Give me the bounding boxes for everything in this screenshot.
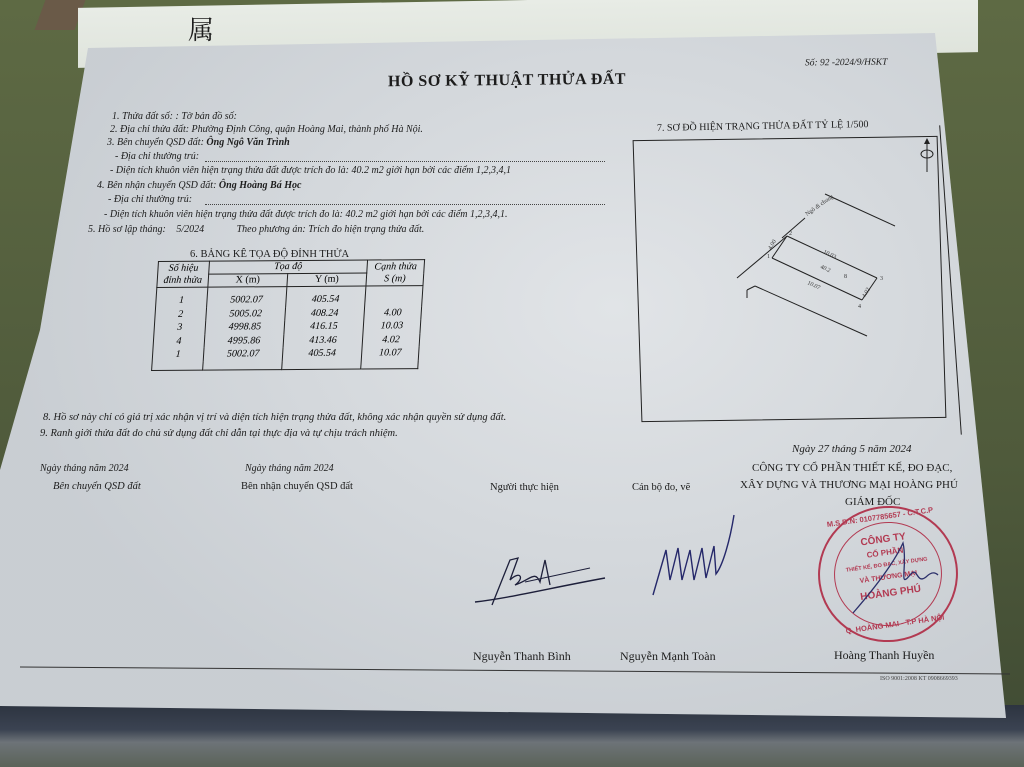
signature-performer [470, 540, 610, 610]
vertex-label: 2 [789, 231, 792, 237]
area-label: 40.2 [819, 264, 831, 274]
item-parcel-address: 2. Địa chỉ thửa đất: Phường Định Công, q… [110, 124, 423, 135]
coord-table: Số hiệu đỉnh thửa Tọa độ Cạnh thửa S (m)… [151, 259, 425, 370]
coord-table-title: 6. BẢNG KÊ TỌA ĐỘ ĐỈNH THỬA [190, 249, 349, 260]
cell-s: 10.03 [363, 319, 421, 333]
table-row-spacer [152, 360, 419, 370]
header-point: Số hiệu đỉnh thửa [157, 261, 210, 287]
table-row: 15002.07405.54 [156, 286, 423, 308]
cell-point: 2 [155, 307, 207, 321]
company-name-line1: CÔNG TY CỔ PHẦN THIẾT KẾ, ĐO ĐẠC, [752, 462, 952, 474]
survey-method: Theo phương án: Trích đo hiện trạng thửa… [237, 224, 425, 235]
dotted-fill [205, 161, 605, 162]
role-surveyor: Cán bộ đo, vẽ [632, 482, 690, 493]
header-edge: Cạnh thửa S (m) [366, 260, 425, 286]
cell-s: 10.07 [361, 346, 419, 360]
cell-s [365, 286, 423, 306]
name-surveyor: Nguyễn Mạnh Toàn [620, 649, 716, 664]
document-title: HỒ SƠ KỸ THUẬT THỬA ĐẤT [388, 71, 626, 91]
name-director: Hoàng Thanh Huyền [834, 648, 934, 663]
signature-surveyor [648, 510, 738, 600]
role-performer: Người thực hiện [490, 482, 559, 493]
transferee-label: 4. Bên nhận chuyển QSD đất: [97, 180, 216, 191]
cell-y: 405.54 [282, 347, 362, 361]
date-company: Ngày 27 tháng 5 năm 2024 [792, 443, 911, 455]
road-label: Ngõ đi chung [805, 194, 835, 218]
parcel-label: 8 [844, 274, 847, 280]
cell-point: 3 [154, 321, 206, 335]
record-date-label: 5. Hồ sơ lập tháng: [88, 224, 166, 235]
record-date-value: 5/2024 [176, 224, 204, 235]
note-8: 8. Hồ sơ này chỉ có giá trị xác nhận vị … [43, 412, 506, 423]
transferee-name: Ông Hoàng Bá Học [219, 180, 302, 191]
vertex-label: 4 [858, 304, 861, 310]
role-transferor: Bên chuyển QSD đất [53, 481, 141, 492]
footer-code: ISO 9001:2008 KT 0908669393 [880, 676, 958, 682]
transferor-name: Ông Ngô Văn Trình [206, 137, 289, 148]
cell-point: 1 [152, 348, 204, 362]
item-parcel-number: 1. Thửa đất số: : Tờ bản đồ số: [112, 111, 237, 122]
role-transferee: Bên nhận chuyển QSD đất [241, 481, 353, 492]
cell-point: 1 [156, 287, 208, 307]
header-coords: Tọa độ [209, 260, 368, 274]
cell-empty [203, 361, 283, 370]
document-number: Số: 92 -2024/9/HSKT [805, 58, 887, 69]
background-cloth-glyph: 属 [188, 10, 214, 47]
item-date-method: 5. Hồ sơ lập tháng: 5/2024 Theo phương á… [88, 224, 424, 235]
parcel-sketch: 2 1 3 4 4.00 10.03 4.02 10.07 40.2 8 Ngõ… [637, 138, 947, 428]
transferee-address-label: - Địa chỉ thường trú: [108, 194, 192, 205]
cell-x: 5002.07 [203, 347, 283, 361]
vertex-label: 3 [880, 276, 883, 282]
edge-label: 10.03 [822, 249, 837, 260]
header-x: X (m) [208, 274, 288, 288]
vertex-label: 1 [767, 254, 770, 260]
note-9: 9. Ranh giới thửa đất do chủ sử dụng đất… [40, 428, 398, 439]
cell-s: 4.02 [362, 333, 420, 347]
cell-y: 413.46 [283, 333, 363, 347]
header-y: Y (m) [287, 273, 367, 287]
cell-empty [152, 361, 204, 370]
date-transferor: Ngày tháng năm 2024 [40, 463, 129, 474]
transferee-area: - Diện tích khuôn viên hiện trạng thửa đ… [104, 209, 508, 220]
dotted-fill [205, 204, 605, 205]
cell-s: 4.00 [364, 306, 422, 320]
cell-y: 405.54 [286, 286, 366, 307]
company-name-line2: XÂY DỰNG VÀ THƯƠNG MẠI HOÀNG PHÚ [740, 479, 958, 491]
cell-y: 408.24 [285, 306, 365, 320]
cell-x: 4995.86 [204, 334, 284, 348]
north-arrow-icon [921, 138, 933, 172]
cell-point: 4 [153, 334, 205, 348]
cell-x: 5005.02 [206, 307, 286, 321]
edge-label: 10.07 [806, 280, 821, 291]
cell-empty [361, 360, 419, 369]
transferor-area: - Diện tích khuôn viên hiện trạng thửa đ… [110, 165, 511, 176]
signature-director [848, 535, 948, 615]
cell-empty [282, 360, 362, 369]
cell-y: 416.15 [284, 320, 364, 334]
table-row: 34998.85416.1510.03 [154, 319, 421, 334]
edge-label: 4.02 [862, 287, 872, 299]
date-transferee: Ngày tháng năm 2024 [245, 463, 334, 474]
table-row: 15002.07405.5410.07 [152, 346, 419, 361]
item-transferee: 4. Bên nhận chuyển QSD đất: Ông Hoàng Bá… [97, 180, 301, 191]
name-performer: Nguyễn Thanh Bình [473, 649, 571, 664]
cell-x: 4998.85 [205, 320, 285, 334]
item-transferor: 3. Bên chuyển QSD đất: Ông Ngô Văn Trình [107, 137, 290, 148]
cell-x: 5002.07 [207, 287, 287, 308]
transferor-label: 3. Bên chuyển QSD đất: [107, 137, 204, 148]
transferor-address-label: - Địa chỉ thường trú: [115, 151, 199, 162]
